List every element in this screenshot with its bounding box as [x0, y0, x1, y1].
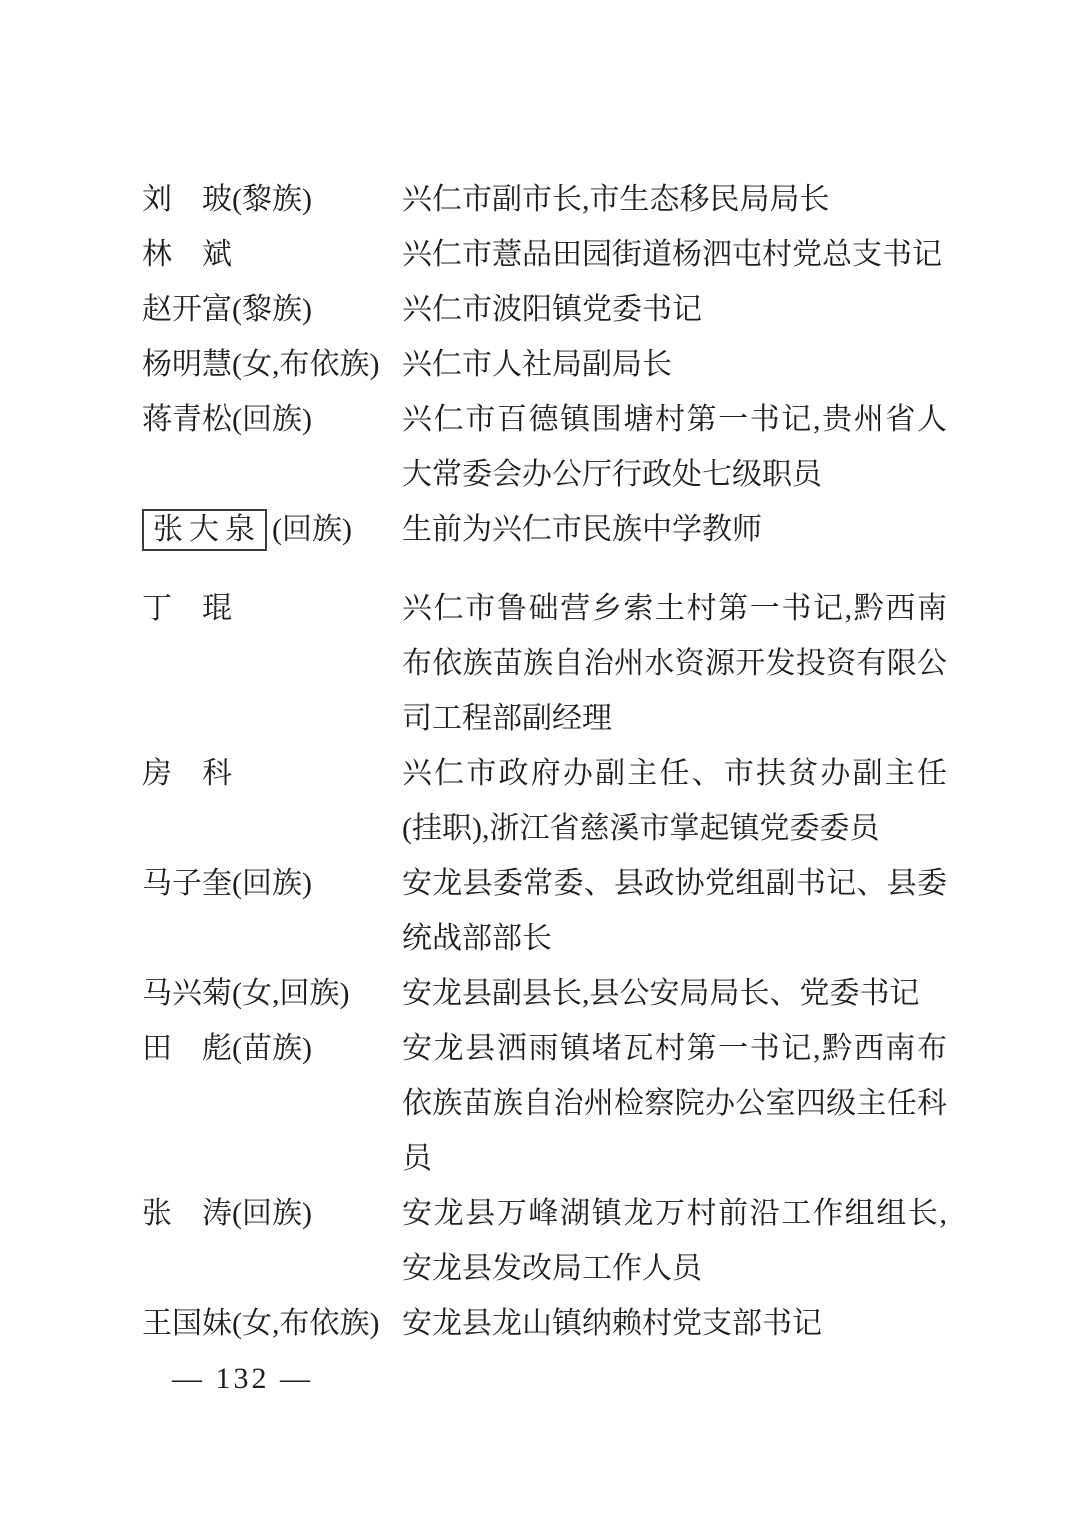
roster-row: 马兴菊(女,回族) 安龙县副县长,县公安局局长、党委书记	[0, 966, 1080, 1021]
person-name: 马子奎(回族)	[142, 867, 312, 900]
person-position: 生前为兴仁市民族中学教师	[402, 502, 947, 557]
person-name: 刘 玻(黎族)	[142, 183, 312, 216]
name-column: 马兴菊(女,回族)	[142, 966, 402, 1021]
roster-row: 张 涛(回族) 安龙县万峰湖镇龙万村前沿工作组组长,安龙县发改局工作人员	[0, 1186, 1080, 1296]
name-column: 刘 玻(黎族)	[142, 172, 402, 227]
roster-row: 马子奎(回族) 安龙县委常委、县政协党组副书记、县委统战部部长	[0, 856, 1080, 966]
person-position: 安龙县万峰湖镇龙万村前沿工作组组长,安龙县发改局工作人员	[402, 1186, 947, 1296]
person-position: 兴仁市薏品田园街道杨泗屯村党总支书记	[402, 227, 947, 282]
roster-row: 王国妹(女,布依族) 安龙县龙山镇纳赖村党支部书记	[0, 1296, 1080, 1351]
person-position: 兴仁市人社局副局长	[402, 337, 947, 392]
name-column: 杨明慧(女,布依族)	[142, 337, 402, 392]
name-column: 马子奎(回族)	[142, 856, 402, 911]
person-name: 赵开富(黎族)	[142, 293, 312, 326]
person-position: 安龙县副县长,县公安局局长、党委书记	[402, 966, 947, 1021]
name-column: 林 斌	[142, 227, 402, 282]
person-position: 兴仁市政府办副主任、市扶贫办副主任(挂职),浙江省慈溪市掌起镇党委委员	[402, 746, 947, 856]
roster-row: 田 彪(苗族) 安龙县洒雨镇堵瓦村第一书记,黔西南布依族苗族自治州检察院办公室四…	[0, 1021, 1080, 1186]
person-position: 安龙县委常委、县政协党组副书记、县委统战部部长	[402, 856, 947, 966]
person-name: 田 彪(苗族)	[142, 1032, 312, 1065]
deceased-name-box: 张大泉	[142, 509, 267, 551]
person-position: 兴仁市副市长,市生态移民局局长	[402, 172, 947, 227]
roster-row: 林 斌 兴仁市薏品田园街道杨泗屯村党总支书记	[0, 227, 1080, 282]
person-position: 兴仁市鲁础营乡索土村第一书记,黔西南布依族苗族自治州水资源开发投资有限公司工程部…	[402, 581, 947, 746]
page-number: — 132 —	[172, 1351, 1080, 1406]
roster-row-deceased: 张大泉(回族) 生前为兴仁市民族中学教师	[0, 502, 1080, 557]
name-column: 张大泉(回族)	[142, 502, 402, 557]
name-column: 赵开富(黎族)	[142, 282, 402, 337]
person-name: 张 涛(回族)	[142, 1197, 312, 1230]
person-position: 兴仁市百德镇围塘村第一书记,贵州省人大常委会办公厅行政处七级职员	[402, 392, 947, 502]
roster-row: 赵开富(黎族) 兴仁市波阳镇党委书记	[0, 282, 1080, 337]
person-name: 林 斌	[142, 238, 232, 271]
name-column: 丁 琨	[142, 581, 402, 636]
person-name: 王国妹(女,布依族)	[142, 1307, 379, 1340]
roster-row: 丁 琨 兴仁市鲁础营乡索土村第一书记,黔西南布依族苗族自治州水资源开发投资有限公…	[0, 581, 1080, 746]
person-name: 杨明慧(女,布依族)	[142, 348, 379, 381]
roster-row: 房 科 兴仁市政府办副主任、市扶贫办副主任(挂职),浙江省慈溪市掌起镇党委委员	[0, 746, 1080, 856]
document-page: 刘 玻(黎族) 兴仁市副市长,市生态移民局局长 林 斌 兴仁市薏品田园街道杨泗屯…	[0, 0, 1080, 1406]
person-name: 丁 琨	[142, 592, 232, 625]
person-name: 马兴菊(女,回族)	[142, 977, 349, 1010]
name-column: 王国妹(女,布依族)	[142, 1296, 402, 1351]
person-position: 兴仁市波阳镇党委书记	[402, 282, 947, 337]
roster-row: 刘 玻(黎族) 兴仁市副市长,市生态移民局局长	[0, 172, 1080, 227]
person-position: 安龙县洒雨镇堵瓦村第一书记,黔西南布依族苗族自治州检察院办公室四级主任科员	[402, 1021, 947, 1186]
name-column: 房 科	[142, 746, 402, 801]
person-name: (回族)	[272, 513, 352, 546]
person-name: 房 科	[142, 757, 232, 790]
roster-row: 蒋青松(回族) 兴仁市百德镇围塘村第一书记,贵州省人大常委会办公厅行政处七级职员	[0, 392, 1080, 502]
name-column: 蒋青松(回族)	[142, 392, 402, 447]
person-name: 蒋青松(回族)	[142, 403, 312, 436]
person-position: 安龙县龙山镇纳赖村党支部书记	[402, 1296, 947, 1351]
roster-row: 杨明慧(女,布依族) 兴仁市人社局副局长	[0, 337, 1080, 392]
name-column: 张 涛(回族)	[142, 1186, 402, 1241]
name-column: 田 彪(苗族)	[142, 1021, 402, 1076]
